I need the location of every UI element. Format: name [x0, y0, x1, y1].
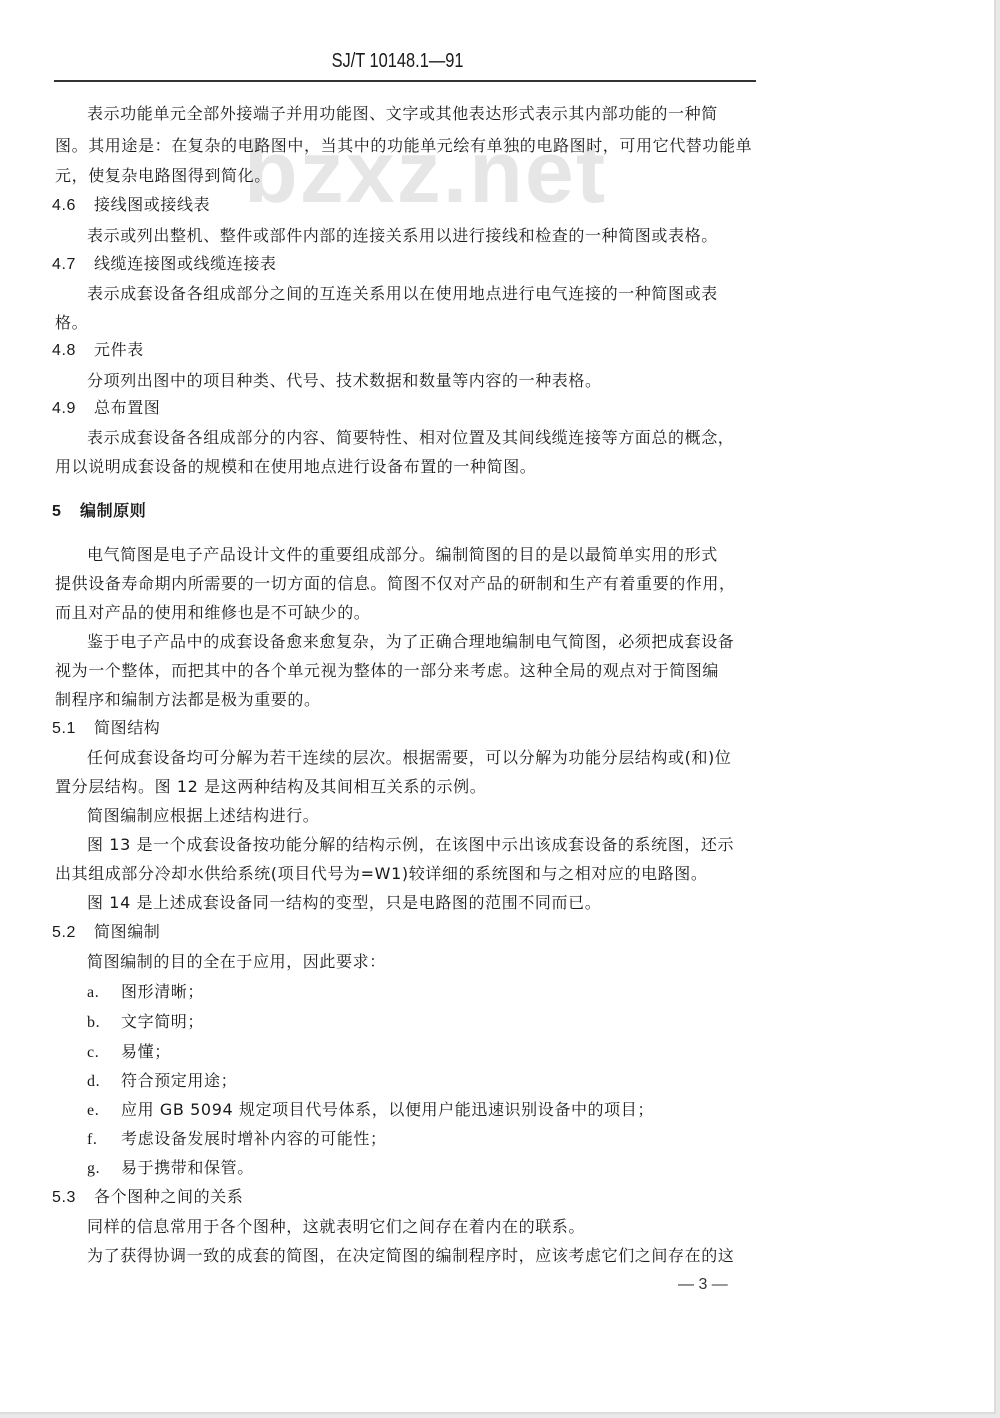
list-text: 易懂；	[121, 1042, 171, 1061]
paragraph-line: 分项列出图中的项目种类、代号、技术数据和数量等内容的一种表格。	[87, 371, 602, 391]
paragraph-line: 为了获得协调一致的成套的简图，在决定简图的编制程序时，应该考虑它们之间存在的这	[87, 1246, 734, 1266]
paragraph-line: 图 13 是一个成套设备按功能分解的结构示例，在该图中示出该成套设备的系统图，还…	[87, 835, 734, 855]
paragraph-line: 出其组成部分冷却水供给系统(项目代号为=W1)较详细的系统图和与之相对应的电路图…	[55, 864, 708, 884]
paragraph-line: 任何成套设备均可分解为若干连续的层次。根据需要，可以分解为功能分层结构或(和)位	[87, 748, 732, 768]
section-title: 各个图种之间的关系	[94, 1187, 243, 1206]
paragraph-line: 同样的信息常用于各个图种，这就表明它们之间存在着内在的联系。	[87, 1217, 585, 1237]
list-text: 符合预定用途；	[121, 1071, 237, 1090]
chapter-number: 5	[52, 502, 80, 522]
paragraph-line: 元，使复杂电路图得到简化。	[55, 166, 271, 186]
list-marker: f.	[87, 1130, 121, 1150]
list-item: d.符合预定用途；	[87, 1071, 237, 1092]
section-number: 5.2	[52, 923, 94, 943]
chapter-heading-5: 5编制原则	[52, 501, 146, 522]
list-item: f.考虑设备发展时增补内容的可能性；	[87, 1129, 387, 1150]
section-title: 总布置图	[94, 398, 160, 417]
list-item: g.易于携带和保管。	[87, 1158, 254, 1179]
chapter-title: 编制原则	[80, 501, 146, 520]
paragraph-line: 简图编制的目的全在于应用，因此要求：	[87, 952, 386, 972]
section-title: 元件表	[94, 340, 144, 359]
section-heading-4-8: 4.8元件表	[52, 340, 144, 361]
section-number: 4.9	[52, 399, 94, 419]
paragraph-line: 表示功能单元全部外接端子并用功能图、文字或其他表达形式表示其内部功能的一种简	[87, 104, 718, 124]
section-number: 5.1	[52, 719, 94, 739]
section-heading-5-2: 5.2简图编制	[52, 922, 160, 943]
paragraph-line: 表示成套设备各组成部分之间的互连关系用以在使用地点进行电气连接的一种简图或表	[87, 284, 718, 304]
list-text: 应用 GB 5094 规定项目代号体系，以便用户能迅速识别设备中的项目；	[121, 1100, 654, 1119]
section-heading-4-6: 4.6接线图或接线表	[52, 195, 210, 216]
paragraph-line: 图。其用途是：在复杂的电路图中，当其中的功能单元绘有单独的电路图时，可用它代替功…	[55, 136, 752, 156]
paragraph-line: 提供设备寿命期内所需要的一切方面的信息。简图不仅对产品的研制和生产有着重要的作用…	[55, 574, 736, 594]
paragraph-line: 而且对产品的使用和维修也是不可缺少的。	[55, 603, 370, 623]
section-title: 接线图或接线表	[94, 195, 210, 214]
list-text: 易于携带和保管。	[121, 1158, 254, 1177]
paragraph-line: 图 14 是上述成套设备同一结构的变型，只是电路图的范围不同而已。	[87, 893, 601, 913]
section-heading-5-3: 5.3各个图种之间的关系	[52, 1187, 243, 1208]
list-marker: e.	[87, 1101, 121, 1121]
list-item: e.应用 GB 5094 规定项目代号体系，以便用户能迅速识别设备中的项目；	[87, 1100, 654, 1121]
section-number: 4.6	[52, 196, 94, 216]
list-text: 文字简明；	[121, 1012, 204, 1031]
paragraph-line: 置分层结构。图 12 是这两种结构及其间相互关系的示例。	[55, 777, 486, 797]
paragraph-line: 简图编制应根据上述结构进行。	[87, 806, 319, 826]
page-header: SJ/T 10148.1—91	[72, 50, 887, 73]
list-marker: c.	[87, 1043, 121, 1063]
list-marker: a.	[87, 983, 121, 1003]
list-text: 图形清晰；	[121, 982, 204, 1001]
paragraph-line: 用以说明成套设备的规模和在使用地点进行设备布置的一种简图。	[55, 457, 536, 477]
section-heading-4-9: 4.9总布置图	[52, 398, 160, 419]
list-item: c.易懂；	[87, 1042, 171, 1063]
section-heading-5-1: 5.1简图结构	[52, 718, 160, 739]
paragraph-line: 表示或列出整机、整件或部件内部的连接关系用以进行接线和检查的一种简图或表格。	[87, 226, 718, 246]
paragraph-line: 格。	[55, 313, 88, 333]
list-marker: d.	[87, 1072, 121, 1092]
paragraph-line: 表示成套设备各组成部分的内容、简要特性、相对位置及其间线缆连接等方面总的概念，	[87, 428, 734, 448]
list-marker: g.	[87, 1159, 121, 1179]
section-title: 简图结构	[94, 718, 160, 737]
document-page: SJ/T 10148.1—91 bzxz.net 表示功能单元全部外接端子并用功…	[0, 0, 996, 1414]
section-title: 简图编制	[94, 922, 160, 941]
list-item: a.图形清晰；	[87, 982, 204, 1003]
paragraph-line: 鉴于电子产品中的成套设备愈来愈复杂，为了正确合理地编制电气简图，必须把成套设备	[87, 632, 734, 652]
section-number: 4.7	[52, 255, 94, 275]
section-number: 5.3	[52, 1188, 94, 1208]
paragraph-line: 制程序和编制方法都是极为重要的。	[55, 690, 321, 710]
page-number: — 3 —	[678, 1276, 728, 1294]
list-text: 考虑设备发展时增补内容的可能性；	[121, 1129, 387, 1148]
list-item: b.文字简明；	[87, 1012, 204, 1033]
paragraph-line: 视为一个整体，而把其中的各个单元视为整体的一部分来考虑。这种全局的观点对于简图编	[55, 661, 719, 681]
section-title: 线缆连接图或线缆连接表	[94, 254, 277, 273]
paragraph-line: 电气简图是电子产品设计文件的重要组成部分。编制简图的目的是以最简单实用的形式	[87, 545, 718, 565]
list-marker: b.	[87, 1013, 121, 1033]
section-heading-4-7: 4.7线缆连接图或线缆连接表	[52, 254, 277, 275]
header-rule	[54, 80, 756, 82]
standard-code: SJ/T 10148.1—91	[332, 50, 464, 73]
section-number: 4.8	[52, 341, 94, 361]
